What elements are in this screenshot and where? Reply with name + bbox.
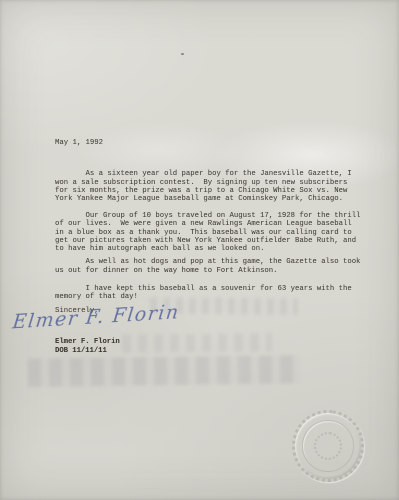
paper-speck xyxy=(181,53,184,55)
letter-paragraph-3: As well as hot dogs and pop at this game… xyxy=(55,258,375,275)
bleed-through-ghost-text xyxy=(122,333,272,352)
typed-name: Elmer F. Florin xyxy=(55,338,120,346)
embossed-seal xyxy=(287,405,368,486)
letter-paragraph-2: Our Group of 10 boys traveled on August … xyxy=(55,212,375,253)
dob-line: DOB 11/11/11 xyxy=(55,347,107,355)
handwritten-signature: Elmer F. Florin xyxy=(11,301,180,333)
letter-paper: May 1, 1992 As a sixteen year old paper … xyxy=(0,0,399,500)
bleed-through-ghost-text xyxy=(28,355,300,387)
letter-date: May 1, 1992 xyxy=(55,139,375,147)
letter-body: May 1, 1992 As a sixteen year old paper … xyxy=(55,139,375,315)
letter-paragraph-1: As a sixteen year old paper boy for the … xyxy=(55,170,375,203)
letter-paragraph-4: I have kept this baseball as a souvenir … xyxy=(55,285,375,302)
